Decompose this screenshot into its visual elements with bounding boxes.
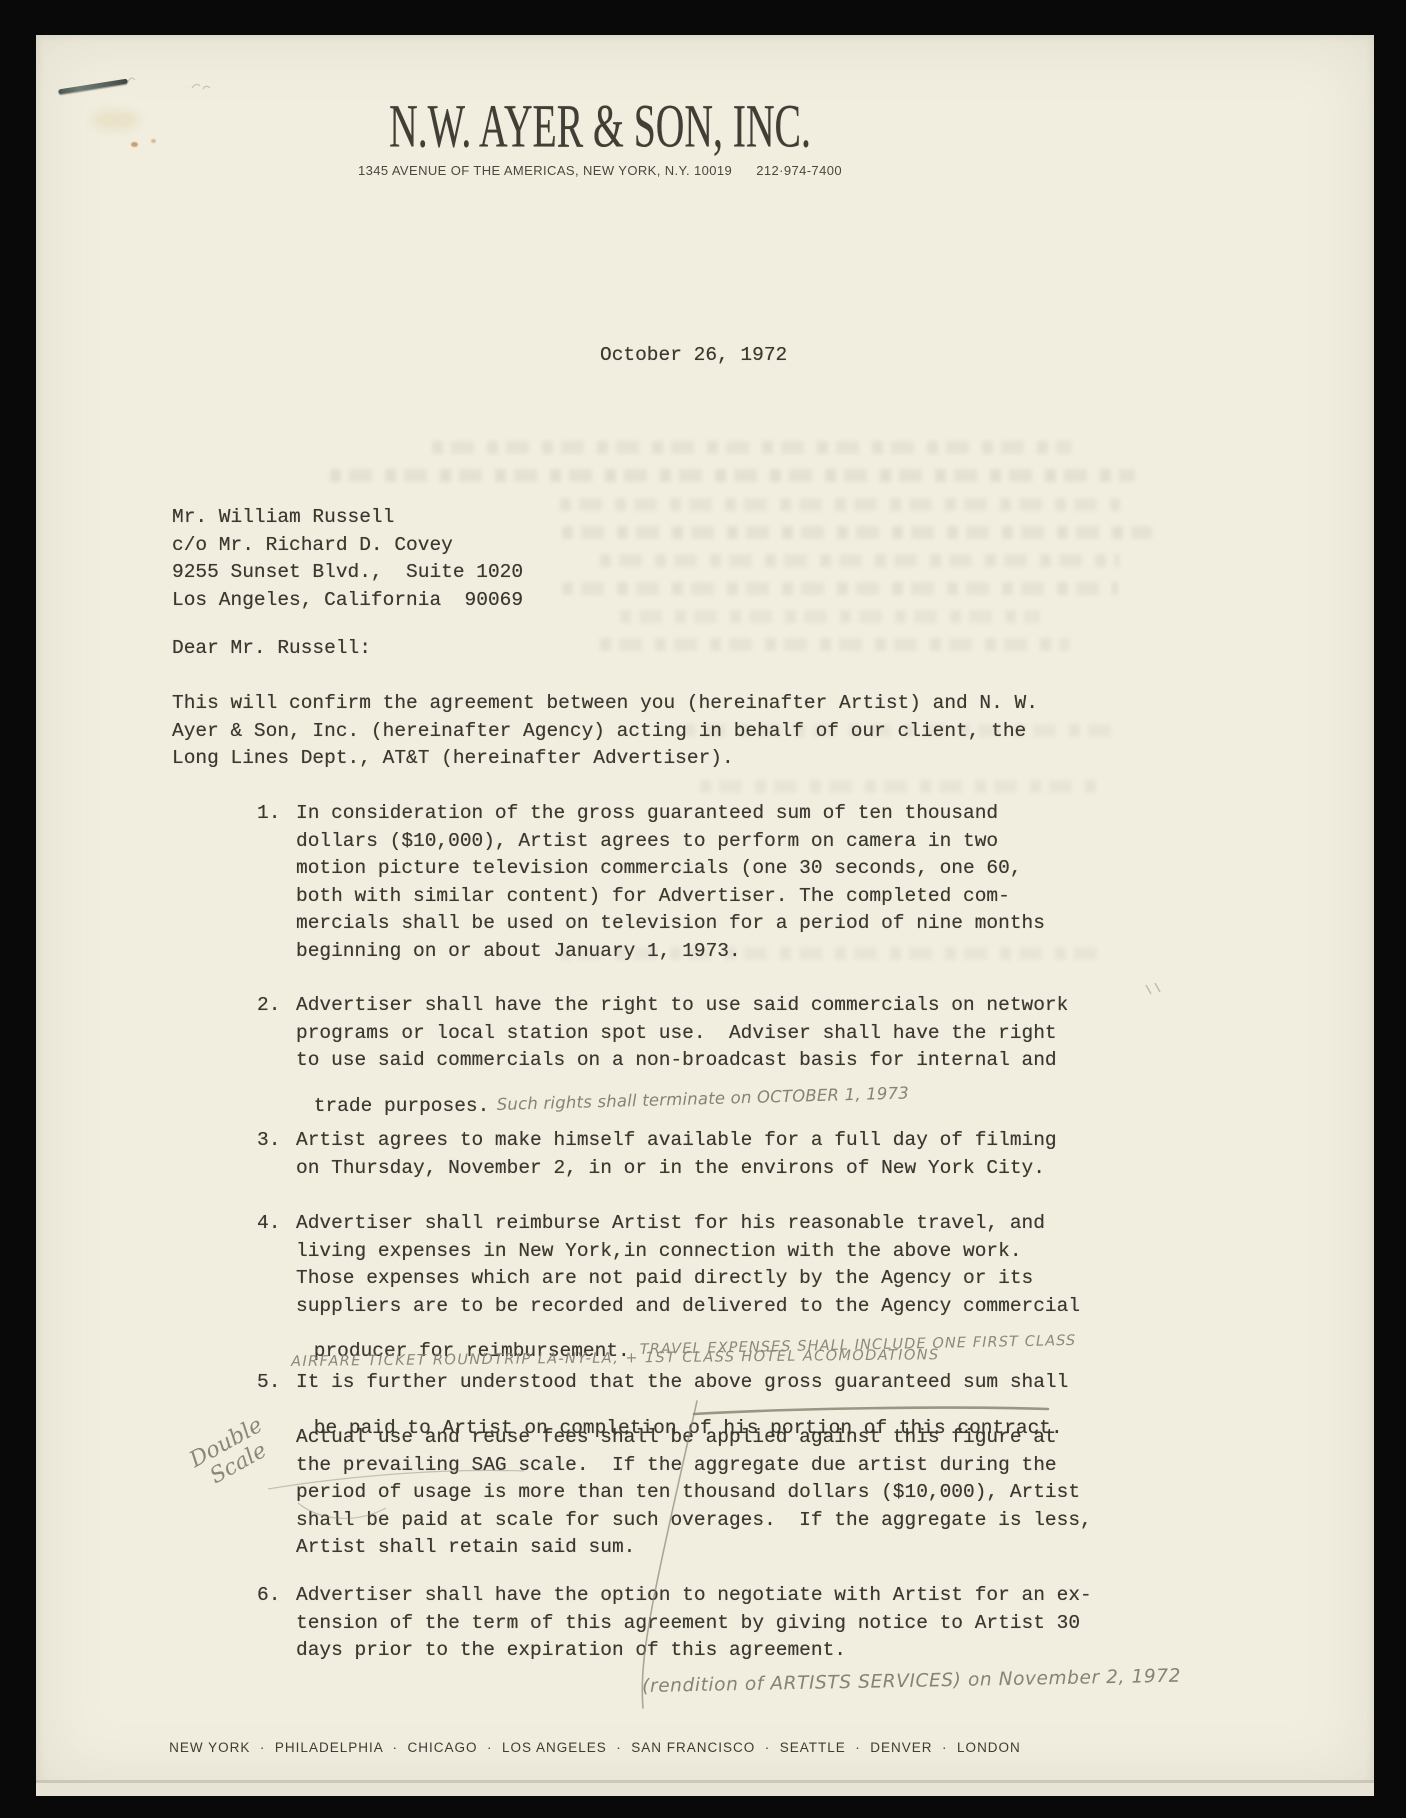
- bleedthrough-text: [600, 638, 1070, 651]
- clause-5-line-1: It is further understood that the above …: [296, 1369, 1092, 1397]
- bleedthrough-text: [600, 554, 1120, 567]
- clause-3-number: 3.: [257, 1127, 280, 1155]
- intro-paragraph: This will confirm the agreement between …: [172, 690, 1038, 773]
- sheet-under-edge: [36, 1783, 1374, 1796]
- clause-3: 3. Artist agrees to make himself availab…: [296, 1127, 1057, 1182]
- bleedthrough-text: [562, 526, 1152, 539]
- paper-stain: [92, 110, 140, 130]
- rust-spot: [131, 142, 138, 147]
- bleedthrough-text: [562, 582, 1118, 595]
- letterhead-company-name: N.W. AYER & SON, INC.: [336, 95, 864, 156]
- clause-6: 6. Advertiser shall have the option to n…: [296, 1582, 1092, 1665]
- date-line: October 26, 1972: [600, 342, 787, 370]
- clause-2-number: 2.: [257, 992, 280, 1020]
- bleedthrough-text: [620, 610, 1040, 623]
- clause-4-number: 4.: [257, 1210, 280, 1238]
- clause-5: 5. It is further understood that the abo…: [296, 1369, 1092, 1562]
- rust-spot: [151, 139, 156, 143]
- clause-2-last-line: trade purposes.: [314, 1095, 490, 1117]
- clause-2: 2. Advertiser shall have the right to us…: [296, 992, 1068, 1102]
- letterhead: N.W. AYER & SON, INC. 1345 AVENUE OF THE…: [200, 96, 1000, 178]
- scanned-letter-page: { "letterhead": { "company": "N.W. AYER …: [0, 0, 1406, 1818]
- clause-4-body: Advertiser shall reimburse Artist for hi…: [296, 1210, 1080, 1320]
- clause-6-body: Advertiser shall have the option to nego…: [296, 1582, 1092, 1665]
- bleedthrough-text: [560, 498, 1120, 511]
- clause-1-number: 1.: [257, 800, 280, 828]
- bleedthrough-text: [432, 441, 1072, 454]
- handwritten-annotation-rights-terminate: Such rights shall terminate on OCTOBER 1…: [497, 1083, 910, 1114]
- clause-5-number: 5.: [257, 1369, 280, 1397]
- clause-3-body: Artist agrees to make himself available …: [296, 1127, 1057, 1182]
- clause-5-rest: Actual use and reuse fees shall be appli…: [296, 1424, 1092, 1562]
- clause-2-body: Advertiser shall have the right to use s…: [296, 992, 1068, 1075]
- bleedthrough-text: [330, 469, 1135, 482]
- clause-6-number: 6.: [257, 1582, 280, 1610]
- recipient-address: Mr. William Russell c/o Mr. Richard D. C…: [172, 504, 523, 614]
- letterhead-address-phone: 1345 AVENUE OF THE AMERICAS, NEW YORK, N…: [200, 163, 1000, 178]
- bleedthrough-text: [700, 780, 1100, 793]
- clause-1-body: In consideration of the gross guaranteed…: [296, 800, 1045, 965]
- clause-4: 4. Advertiser shall reimburse Artist for…: [296, 1210, 1080, 1348]
- salutation: Dear Mr. Russell:: [172, 635, 371, 663]
- clause-1: 1. In consideration of the gross guarant…: [296, 800, 1045, 965]
- footer-office-cities: NEW YORK · PHILADELPHIA · CHICAGO · LOS …: [120, 1740, 1070, 1755]
